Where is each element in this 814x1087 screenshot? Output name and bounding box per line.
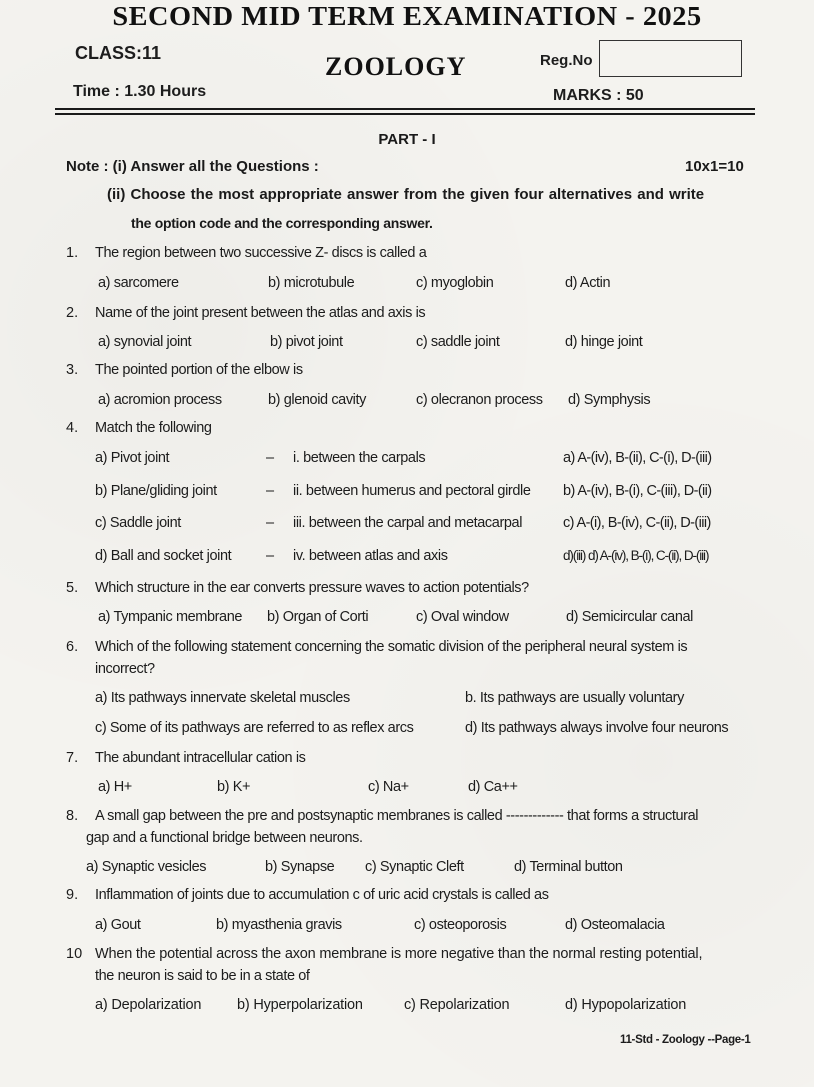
page-footer: 11-Std - Zoology --Page-1 (620, 1034, 751, 1046)
question-number: 2. (66, 305, 78, 321)
option-d: d) Osteomalacia (565, 917, 665, 933)
question-text: Name of the joint present between the at… (95, 305, 425, 321)
option-b: b) Organ of Corti (267, 609, 368, 625)
match-left-c: c) Saddle joint (95, 515, 181, 531)
option-c: c) Some of its pathways are referred to … (95, 720, 413, 736)
match-right-iv: iv. between atlas and axis (293, 548, 448, 564)
question-number: 9. (66, 887, 78, 903)
reg-no-box[interactable] (599, 40, 742, 77)
option-c: c) Na+ (368, 779, 409, 795)
question-number: 6. (66, 639, 78, 655)
option-d: d) Actin (565, 275, 610, 291)
option-a: a) sarcomere (98, 275, 179, 291)
option-d: d) Terminal button (514, 859, 623, 875)
option-b: b) microtubule (268, 275, 354, 291)
option-b: b) glenoid cavity (268, 392, 366, 408)
option-a: a) Depolarization (95, 997, 201, 1013)
option-a: a) Its pathways innervate skeletal muscl… (95, 690, 350, 706)
option-c: c) Oval window (416, 609, 509, 625)
question-text-continued: gap and a functional bridge between neur… (86, 830, 363, 846)
question-text: The region between two successive Z- dis… (95, 245, 426, 261)
note-instruction-1: Note : (i) Answer all the Questions : (66, 158, 319, 175)
match-left-d: d) Ball and socket joint (95, 548, 231, 564)
option-c: c) A-(i), B-(iv), C-(ii), D-(iii) (563, 515, 711, 531)
match-left-b: b) Plane/gliding joint (95, 483, 217, 499)
question-number: 1. (66, 245, 78, 261)
option-c: c) Repolarization (404, 997, 509, 1013)
note-marks: 10x1=10 (685, 158, 744, 175)
option-c: c) myoglobin (416, 275, 493, 291)
option-b: b) Synapse (265, 859, 334, 875)
question-number: 4. (66, 420, 78, 436)
option-a: a) synovial joint (98, 334, 191, 350)
question-text: Match the following (95, 420, 212, 436)
question-text: The abundant intracellular cation is (95, 750, 306, 766)
option-d: d) Hypopolarization (565, 997, 686, 1013)
option-a: a) Gout (95, 917, 141, 933)
exam-title: SECOND MID TERM EXAMINATION - 2025 (0, 0, 814, 32)
option-d: d) Semicircular canal (566, 609, 693, 625)
option-d: d) hinge joint (565, 334, 642, 350)
option-b: b) K+ (217, 779, 250, 795)
question-number: 5. (66, 580, 78, 596)
header-divider-top (55, 108, 755, 110)
option-c: c) Synaptic Cleft (365, 859, 464, 875)
option-d: d) Its pathways always involve four neur… (465, 720, 728, 736)
option-b: b. Its pathways are usually voluntary (465, 690, 684, 706)
option-a: a) acromion process (98, 392, 222, 408)
part-title: PART - I (0, 131, 814, 148)
option-b: b) A-(iv), B-(i), C-(iii), D-(ii) (563, 483, 712, 499)
option-a: a) A-(iv), B-(ii), C-(i), D-(iii) (563, 450, 712, 466)
match-right-ii: ii. between humerus and pectoral girdle (293, 483, 531, 499)
match-right-iii: iii. between the carpal and metacarpal (293, 515, 522, 531)
question-text-continued: incorrect? (95, 661, 155, 677)
option-b: b) Hyperpolarization (237, 997, 363, 1013)
question-text-continued: the neuron is said to be in a state of (95, 968, 310, 984)
question-text: When the potential across the axon membr… (95, 946, 702, 962)
question-text: Which of the following statement concern… (95, 639, 687, 655)
marks-label: MARKS : 50 (553, 87, 644, 105)
reg-no-label: Reg.No (540, 52, 593, 69)
option-b: b) pivot joint (270, 334, 343, 350)
option-b: b) myasthenia gravis (216, 917, 342, 933)
option-d: d) Symphysis (568, 392, 650, 408)
question-number: 3. (66, 362, 78, 378)
option-a: a) Tympanic membrane (98, 609, 242, 625)
option-c: c) saddle joint (416, 334, 499, 350)
question-number: 7. (66, 750, 78, 766)
match-right-i: i. between the carpals (293, 450, 425, 466)
question-text: The pointed portion of the elbow is (95, 362, 303, 378)
option-a: a) Synaptic vesicles (86, 859, 206, 875)
note-instruction-3: the option code and the corresponding an… (131, 215, 433, 231)
option-c: c) olecranon process (416, 392, 543, 408)
class-label: CLASS:11 (75, 43, 161, 64)
question-number: 10 (66, 946, 82, 962)
match-dash: – (266, 450, 274, 466)
question-text: A small gap between the pre and postsyna… (95, 808, 698, 824)
note-instruction-2: (ii) Choose the most appropriate answer … (107, 186, 704, 203)
match-dash: – (266, 515, 274, 531)
time-label: Time : 1.30 Hours (73, 83, 206, 101)
question-text: Inflammation of joints due to accumulati… (95, 887, 549, 903)
match-dash: – (266, 548, 274, 564)
match-dash: – (266, 483, 274, 499)
question-text: Which structure in the ear converts pres… (95, 580, 529, 596)
exam-page: SECOND MID TERM EXAMINATION - 2025 CLASS… (0, 0, 814, 1087)
question-number: 8. (66, 808, 78, 824)
option-a: a) H+ (98, 779, 132, 795)
header-divider-bottom (55, 113, 755, 115)
option-d: d)(iii) d) A-(iv), B-(i), C-(ii), D-(iii… (563, 548, 708, 563)
option-c: c) osteoporosis (414, 917, 506, 933)
subject-title: ZOOLOGY (325, 52, 466, 82)
match-left-a: a) Pivot joint (95, 450, 169, 466)
option-d: d) Ca++ (468, 779, 518, 795)
